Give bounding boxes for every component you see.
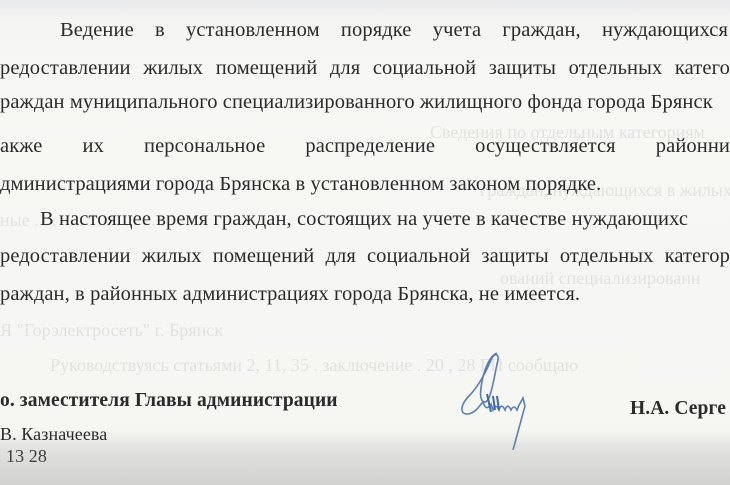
- bleed-through-text: Я "Горэлектросеть" г. Брянск: [0, 320, 223, 341]
- word: защиты: [481, 244, 548, 268]
- word: помещений: [216, 56, 318, 80]
- word: социальной: [373, 56, 476, 80]
- word: распределение: [305, 134, 435, 158]
- word: нуждающихся: [602, 18, 728, 42]
- word: персональное: [144, 134, 265, 158]
- word: акже: [0, 134, 42, 158]
- word: Ведение: [60, 18, 134, 42]
- word: для: [330, 56, 360, 80]
- paragraph-2-line-3: раждан, в районных администрациях города…: [0, 282, 580, 306]
- paragraph-2-line-2: редоставлении жилых помещений для социал…: [0, 244, 730, 268]
- scanned-letter-page: Сведения по отдельным категориям граждан…: [0, 0, 730, 485]
- signatory-name: Н.А. Серге: [630, 397, 726, 421]
- word: учета: [433, 18, 481, 42]
- word: порядке: [341, 18, 412, 42]
- word: жилых: [142, 244, 202, 268]
- word: помещений: [213, 244, 315, 268]
- paragraph-1-line-5: дминистрациями города Брянска в установл…: [0, 172, 601, 196]
- word: их: [83, 134, 104, 158]
- word: отдельных: [569, 56, 663, 80]
- word: районни: [656, 134, 730, 158]
- paragraph-1-line-4: акже их персональное распределение осуще…: [0, 134, 730, 158]
- signatory-title: о. заместителя Главы администрации: [0, 389, 338, 413]
- word: установленном: [186, 18, 320, 42]
- word: в: [155, 18, 165, 42]
- word: защиты: [489, 56, 556, 80]
- word: катего: [675, 56, 730, 80]
- word: отдельных: [560, 244, 654, 268]
- word: редоставлении: [0, 244, 131, 268]
- word: осуществляется: [475, 134, 616, 158]
- paragraph-1-line-1: Ведение в установленном порядке учета гр…: [60, 18, 728, 42]
- word: редоставлении: [0, 56, 131, 80]
- scan-edge-shadow: [0, 440, 730, 485]
- word: для: [325, 244, 355, 268]
- word: граждан,: [502, 18, 580, 42]
- word: социальной: [367, 244, 470, 268]
- word: категор: [665, 244, 730, 268]
- paragraph-1-line-3: раждан муниципального специализированног…: [0, 90, 713, 114]
- handwritten-signature-icon: [455, 350, 555, 450]
- paragraph-1-line-2: редоставлении жилых помещений для социал…: [0, 56, 730, 80]
- word: жилых: [143, 56, 203, 80]
- paragraph-2-line-1: В настоящее время граждан, состоящих на …: [40, 207, 688, 231]
